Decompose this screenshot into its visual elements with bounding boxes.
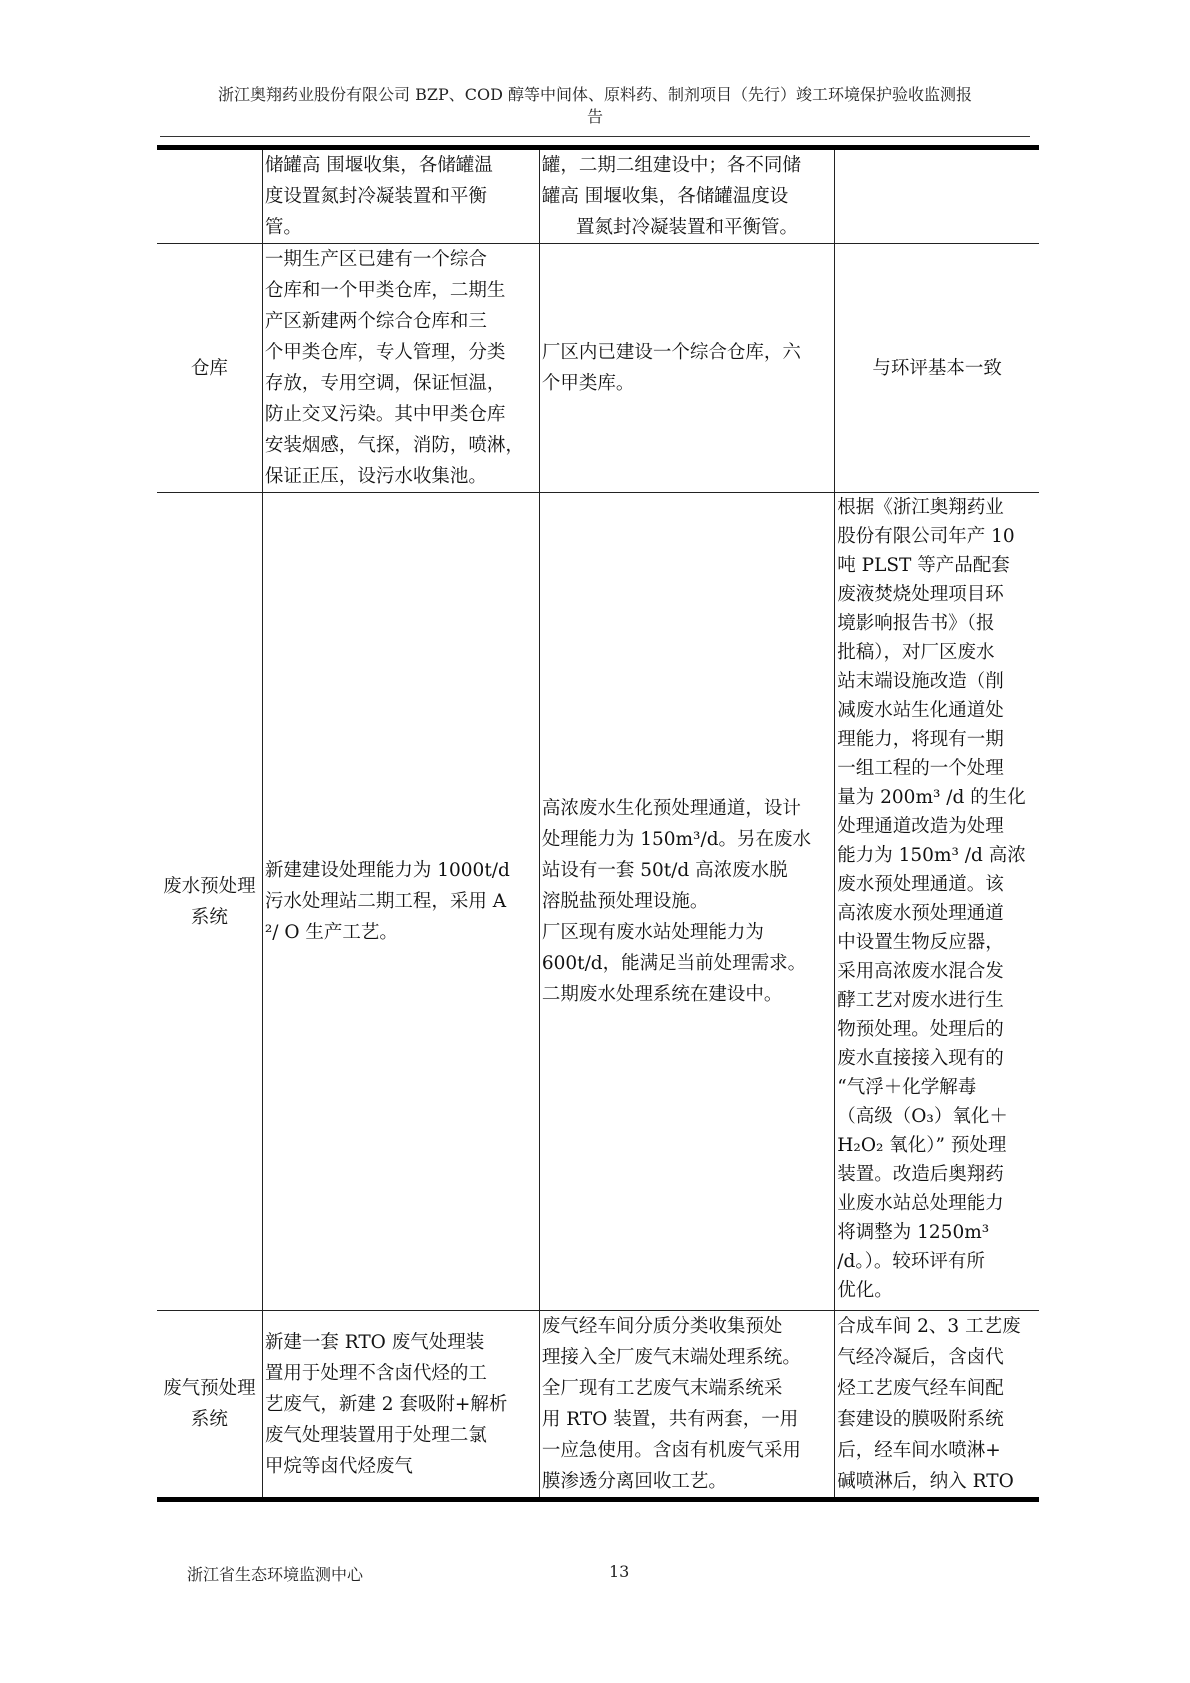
text-line: 酵工艺对废水进行生 — [837, 986, 1037, 1015]
text-line: 一组工程的一个处理 — [837, 754, 1037, 783]
text-line: 储罐高 围堰收集，各储罐温 — [265, 150, 537, 181]
text-line: 能力为 150m³ /d 高浓 — [837, 841, 1037, 870]
text-line: 废气处理装置用于处理二氯 — [265, 1420, 537, 1451]
text-line: 仓库和一个甲类仓库，二期生 — [265, 275, 537, 306]
text-line: 根据《浙江奥翔药业 — [837, 493, 1037, 522]
text-line: 中设置生物反应器， — [837, 928, 1037, 957]
text-line: 境影响报告书》（报 — [837, 609, 1037, 638]
page-header: 浙江奥翔药业股份有限公司 BZP、COD 醇等中间体、原料药、制剂项目（先行）竣… — [160, 84, 1030, 128]
remark-cell — [835, 148, 1039, 244]
text-line: 新建一套 RTO 废气处理装 — [265, 1327, 537, 1358]
text-line: “气浮＋化学解毒 — [837, 1073, 1037, 1102]
category-cell: 废气预处理 系统 — [157, 1311, 262, 1500]
header-title-line1: 浙江奥翔药业股份有限公司 BZP、COD 醇等中间体、原料药、制剂项目（先行）竣… — [160, 84, 1030, 106]
text-line: 废气经车间分质分类收集预处 — [542, 1311, 832, 1342]
text-line: 存放，专用空调，保证恒温， — [265, 368, 537, 399]
text-line: 防止交叉污染。其中甲类仓库 — [265, 399, 537, 430]
text-line: 优化。 — [837, 1276, 1037, 1305]
text-line: 用 RTO 装置，共有两套，一用 — [542, 1404, 832, 1435]
text-line: 甲烷等卤代烃废气 — [265, 1451, 537, 1482]
text-line: 度设置氮封冷凝装置和平衡 — [265, 181, 537, 212]
text-line: 安装烟感，气探，消防，喷淋， — [265, 430, 537, 461]
table-row: 废水预处理 系统 新建建设处理能力为 1000t/d 污水处理站二期工程，采用 … — [157, 493, 1039, 1311]
text-line: 处理通道改造为处理 — [837, 812, 1037, 841]
text-line: 物预处理。处理后的 — [837, 1015, 1037, 1044]
footer-organization: 浙江省生态环境监测中心 — [187, 1562, 363, 1585]
text-line: 套建设的膜吸附系统 — [837, 1404, 1037, 1435]
text-line: 量为 200m³ /d 的生化 — [837, 783, 1037, 812]
text-line: H₂O₂ 氧化）” 预处理 — [837, 1131, 1037, 1160]
text-line: 置氮封冷凝装置和平衡管。 — [542, 212, 832, 243]
text-line: 600t/d，能满足当前处理需求。 — [542, 948, 832, 979]
text-line: 废水预处理 — [159, 871, 260, 902]
actual-construction-cell: 厂区内已建设一个综合仓库，六 个甲类库。 — [539, 244, 834, 493]
header-title-line2: 告 — [160, 106, 1030, 128]
text-line: /d。）。较环评有所 — [837, 1247, 1037, 1276]
text-line: 废液焚烧处理项目环 — [837, 580, 1037, 609]
text-line: 新建建设处理能力为 1000t/d — [265, 855, 537, 886]
table-row: 废气预处理 系统 新建一套 RTO 废气处理装 置用于处理不含卤代烃的工 艺废气… — [157, 1311, 1039, 1500]
text-line: 个甲类仓库，专人管理，分类 — [265, 337, 537, 368]
text-line: 置用于处理不含卤代烃的工 — [265, 1358, 537, 1389]
text-line: 批稿），对厂区废水 — [837, 638, 1037, 667]
text-line: 处理能力为 150m³/d。另在废水 — [542, 824, 832, 855]
category-cell: 仓库 — [157, 244, 262, 493]
project-comparison-table: 储罐高 围堰收集，各储罐温 度设置氮封冷凝装置和平衡 管。 罐，二期二组建设中；… — [157, 145, 1039, 1502]
text-line: 系统 — [159, 902, 260, 933]
eia-requirement-cell: 一期生产区已建有一个综合 仓库和一个甲类仓库，二期生 产区新建两个综合仓库和三 … — [262, 244, 539, 493]
text-line: 污水处理站二期工程，采用 A — [265, 886, 537, 917]
text-line: 系统 — [159, 1404, 260, 1435]
text-line: 厂区现有废水站处理能力为 — [542, 917, 832, 948]
category-cell — [157, 148, 262, 244]
text-line: ²/ O 生产工艺。 — [265, 917, 537, 948]
remark-cell: 根据《浙江奥翔药业 股份有限公司年产 10 吨 PLST 等产品配套 废液焚烧处… — [835, 493, 1039, 1311]
actual-construction-cell: 废气经车间分质分类收集预处 理接入全厂废气末端处理系统。 全厂现有工艺废气末端系… — [539, 1311, 834, 1500]
text-line: 废水直接接入现有的 — [837, 1044, 1037, 1073]
category-cell: 废水预处理 系统 — [157, 493, 262, 1311]
text-line: 将调整为 1250m³ — [837, 1218, 1037, 1247]
text-line: 业废水站总处理能力 — [837, 1189, 1037, 1218]
text-line: 废气预处理 — [159, 1373, 260, 1404]
text-line: 全厂现有工艺废气末端系统采 — [542, 1373, 832, 1404]
header-divider — [160, 136, 1030, 137]
text-line: 一应急使用。含卤有机废气采用 — [542, 1435, 832, 1466]
text-line: 厂区内已建设一个综合仓库，六 — [542, 337, 832, 368]
text-line: 产区新建两个综合仓库和三 — [265, 306, 537, 337]
text-line: 合成车间 2、3 工艺废 — [837, 1311, 1037, 1342]
table-row: 仓库 一期生产区已建有一个综合 仓库和一个甲类仓库，二期生 产区新建两个综合仓库… — [157, 244, 1039, 493]
text-line: 碱喷淋后，纳入 RTO — [837, 1466, 1037, 1497]
text-line: 理能力，将现有一期 — [837, 725, 1037, 754]
text-line: 站设有一套 50t/d 高浓废水脱 — [542, 855, 832, 886]
text-line: 二期废水处理系统在建设中。 — [542, 979, 832, 1010]
eia-requirement-cell: 新建一套 RTO 废气处理装 置用于处理不含卤代烃的工 艺废气，新建 2 套吸附… — [262, 1311, 539, 1500]
page-number: 13 — [609, 1562, 629, 1581]
text-line: 股份有限公司年产 10 — [837, 522, 1037, 551]
text-line: 吨 PLST 等产品配套 — [837, 551, 1037, 580]
actual-construction-cell: 高浓废水生化预处理通道，设计 处理能力为 150m³/d。另在废水 站设有一套 … — [539, 493, 834, 1311]
text-line: 理接入全厂废气末端处理系统。 — [542, 1342, 832, 1373]
text-line: 气经冷凝后，含卤代 — [837, 1342, 1037, 1373]
text-line: 罐，二期二组建设中；各不同储 — [542, 150, 832, 181]
text-line: 高浓废水预处理通道 — [837, 899, 1037, 928]
text-line: 管。 — [265, 212, 537, 243]
remark-cell: 合成车间 2、3 工艺废 气经冷凝后，含卤代 烃工艺废气经车间配 套建设的膜吸附… — [835, 1311, 1039, 1500]
text-line: 一期生产区已建有一个综合 — [265, 244, 537, 275]
actual-construction-cell: 罐，二期二组建设中；各不同储 罐高 围堰收集，各储罐温度设 置氮封冷凝装置和平衡… — [539, 148, 834, 244]
text-line: 站末端设施改造（削 — [837, 667, 1037, 696]
table-row: 储罐高 围堰收集，各储罐温 度设置氮封冷凝装置和平衡 管。 罐，二期二组建设中；… — [157, 148, 1039, 244]
eia-requirement-cell: 新建建设处理能力为 1000t/d 污水处理站二期工程，采用 A ²/ O 生产… — [262, 493, 539, 1311]
text-line: 后，经车间水喷淋+ — [837, 1435, 1037, 1466]
text-line: 装置。改造后奥翔药 — [837, 1160, 1037, 1189]
text-line: 个甲类库。 — [542, 368, 832, 399]
text-line: 高浓废水生化预处理通道，设计 — [542, 793, 832, 824]
text-line: 溶脱盐预处理设施。 — [542, 886, 832, 917]
text-line: （高级（O₃）氧化＋ — [837, 1102, 1037, 1131]
text-line: 废水预处理通道。该 — [837, 870, 1037, 899]
text-line: 采用高浓废水混合发 — [837, 957, 1037, 986]
text-line: 减废水站生化通道处 — [837, 696, 1037, 725]
text-line: 烃工艺废气经车间配 — [837, 1373, 1037, 1404]
remark-cell: 与环评基本一致 — [835, 244, 1039, 493]
eia-requirement-cell: 储罐高 围堰收集，各储罐温 度设置氮封冷凝装置和平衡 管。 — [262, 148, 539, 244]
text-line: 艺废气，新建 2 套吸附+解析 — [265, 1389, 537, 1420]
text-line: 保证正压，设污水收集池。 — [265, 461, 537, 492]
text-line: 膜渗透分离回收工艺。 — [542, 1466, 832, 1497]
text-line: 罐高 围堰收集，各储罐温度设 — [542, 181, 832, 212]
